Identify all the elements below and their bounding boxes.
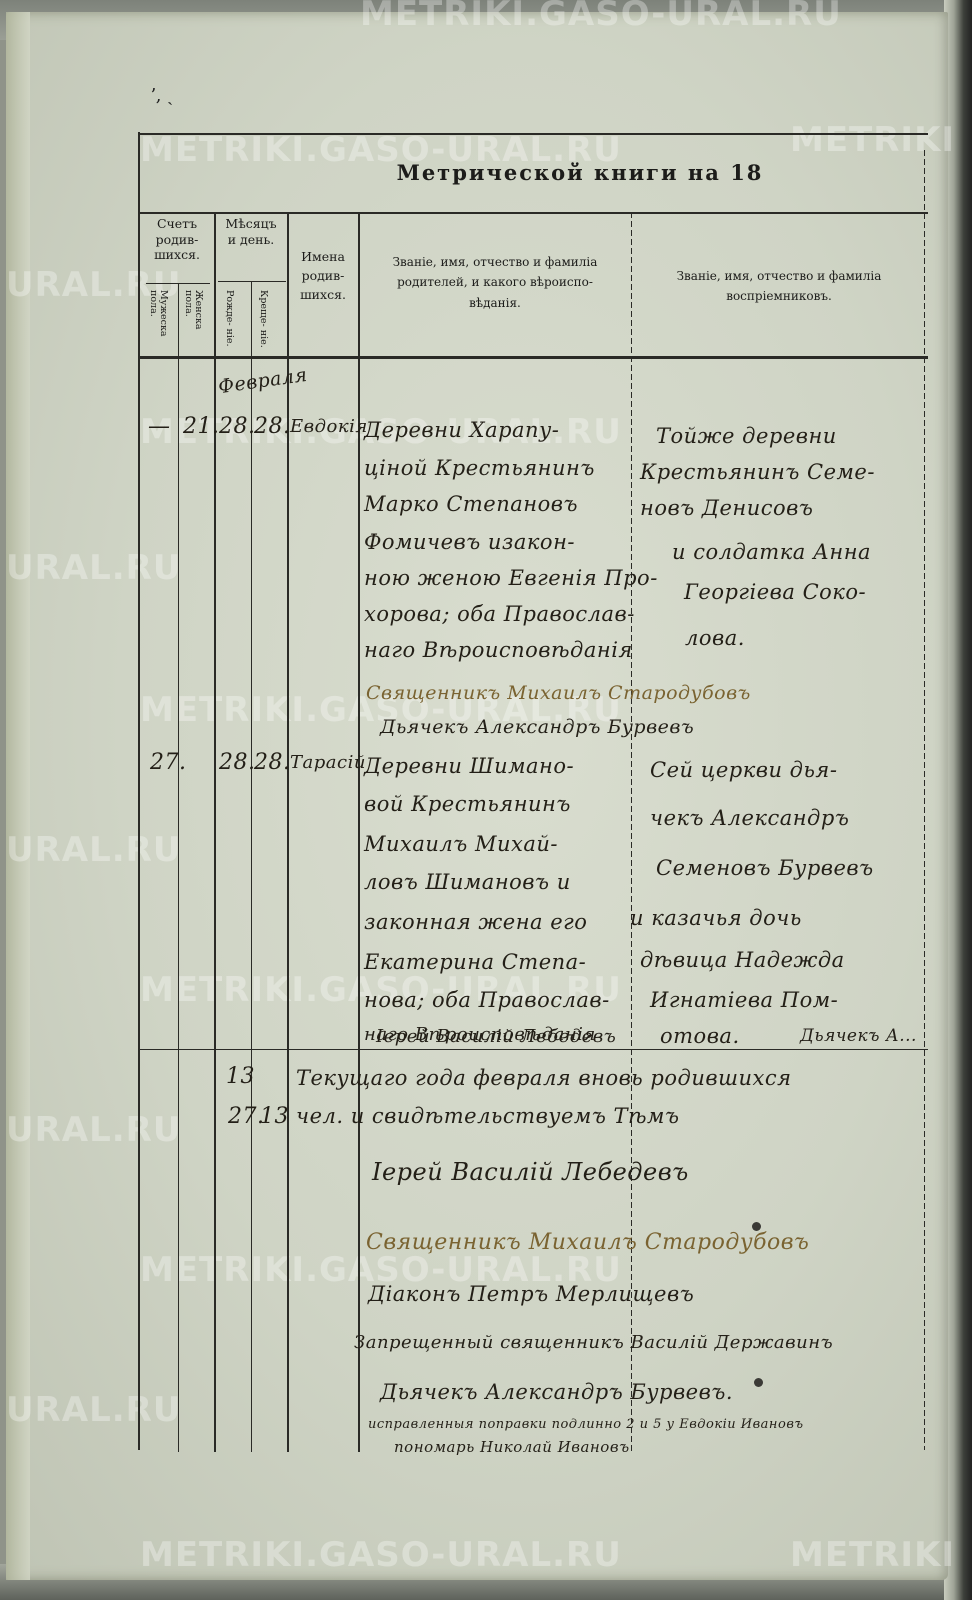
header-line: Имена [290, 248, 356, 267]
text-line: ною женою Евгенія Про- [364, 568, 658, 589]
text-line: дѣвица Надежда [640, 950, 845, 971]
watermark: METRIKI [790, 1535, 955, 1575]
text-line: Фомичевъ изакон- [364, 532, 575, 553]
date-subheader-rule [218, 281, 286, 282]
book-title: Метрической книги на 18 [300, 160, 860, 186]
col-divider-names [358, 212, 360, 1452]
header-birth: Рожде- ніе. [224, 290, 234, 350]
col-divider-birth-baptism [251, 282, 252, 1452]
entry-2-birth-day: 28. [219, 752, 256, 774]
header-line: вѣданія. [360, 293, 630, 313]
summary-rule [138, 1049, 928, 1050]
text-line: ціной Крестьянинъ [364, 458, 595, 479]
text-line: Деревни Харапу- [364, 420, 559, 441]
header-month-day: Мѣсяцъ и день. [216, 216, 286, 247]
closing-signature-sexton: Дьячекъ Александръ Бурвевъ. [380, 1382, 733, 1403]
entry-1-female-no: 21. [183, 416, 220, 438]
header-count: Счетъ родив- шихся. [142, 216, 212, 263]
text-line: законная жена его [364, 912, 587, 933]
text-line: вой Крестьянинъ [364, 794, 571, 815]
header-line: родив- [290, 267, 356, 286]
text-line: Крестьянинъ Семе- [640, 462, 875, 483]
right-border [924, 150, 925, 1450]
top-rule [138, 133, 928, 135]
col-divider-parents [631, 212, 632, 1452]
text-line: нова; оба Православ- [364, 990, 610, 1011]
book-spine [944, 0, 972, 1600]
entry-2-male-no: 27. [150, 752, 187, 774]
entry-2-name: Тарасій [290, 754, 366, 772]
text-line: лова. [685, 628, 745, 649]
text-line: отова. [660, 1026, 740, 1047]
header-bottom-rule [138, 356, 928, 359]
entry-2-baptism-day: 28. [254, 752, 291, 774]
page-edge [6, 12, 30, 1580]
header-godparents: Званіе, имя, отчество и фамиліа воспріем… [633, 266, 925, 307]
col-divider-count [214, 212, 216, 1452]
signature-priest-2: Іерей Василій Лебедевъ [376, 1028, 616, 1046]
watermark: METRIKI.GASO-URAL.RU [360, 0, 842, 34]
signature-sexton: Дьячекъ Александръ Бурвевъ [380, 718, 694, 737]
text-line: и солдатка Анна [672, 542, 871, 563]
summary-count-male: 13 [260, 1106, 289, 1128]
text-line: Георгіева Соко- [684, 582, 866, 603]
header-female: Женска пола. [183, 290, 203, 350]
text-line: Игнатіева Пом- [650, 990, 838, 1011]
header-line: Мѣсяцъ [216, 216, 286, 232]
entry-1-birth-day: 28. [219, 416, 256, 438]
text-line: и казачья дочь [630, 908, 802, 929]
text-line: Тойже деревни [656, 426, 837, 447]
closing-signature-deacon: Діаконъ Петръ Мерлищевъ [368, 1284, 694, 1305]
stray-ink-mark: ʼ, ˎ [150, 85, 173, 106]
text-line: Семеновъ Бурвевъ [656, 858, 874, 879]
summary-count-female: 13 [226, 1066, 255, 1088]
text-line: новъ Денисовъ [640, 498, 813, 519]
text-line: Марко Степановъ [364, 494, 578, 515]
text-line: хорова; оба Православ- [364, 604, 635, 625]
text-line: Михаилъ Михай- [364, 834, 558, 855]
summary-line-1: Текущаго года февраля вновь родившихся [296, 1068, 792, 1089]
footnote-sexton: пономарь Николай Ивановъ [394, 1440, 630, 1455]
header-line: Званіе, имя, отчество и фамиліа [360, 252, 630, 272]
header-line: родителей, и какого вѣроиспо- [360, 272, 630, 292]
header-line: родив- [142, 232, 212, 248]
header-line: воспріемниковъ. [633, 286, 925, 306]
header-male: Мужеска пола. [148, 290, 168, 350]
text-line: Деревни Шимано- [364, 756, 574, 777]
closing-signature-suspended-priest: Запрещенный священникъ Василій Державинъ [354, 1334, 833, 1352]
ink-blot [754, 1378, 763, 1387]
header-line: и день. [216, 232, 286, 248]
text-line: Екатерина Степа- [364, 952, 586, 973]
text-line: ловъ Шимановъ и [364, 872, 571, 893]
header-names: Имена родив- шихся. [290, 248, 356, 304]
signature-priest: Священникъ Михаилъ Стародубовъ [366, 684, 751, 703]
header-parents: Званіе, имя, отчество и фамиліа родителе… [360, 252, 630, 313]
summary-line-2: чел. и свидѣтельствуемъ Тѣмъ [296, 1106, 679, 1127]
header-line: шихся. [290, 286, 356, 305]
closing-signature-priest: Іерей Василій Лебедевъ [372, 1160, 689, 1184]
col-divider-date [287, 212, 289, 1452]
entry-1-baptism-day: 28. [254, 416, 291, 438]
watermark: METRIKI.GASO-URAL.RU [140, 1535, 622, 1575]
header-top-rule [138, 212, 928, 214]
closing-signature-priest-2: Священникъ Михаилъ Стародубовъ [366, 1232, 809, 1254]
ink-blot [752, 1222, 761, 1231]
text-line: чекъ Александръ [650, 808, 849, 829]
entry-1-male-no: — [148, 416, 171, 438]
header-line: шихся. [142, 247, 212, 263]
text-line: Сей церкви дья- [650, 760, 837, 781]
header-baptism: Креще- ніе. [258, 290, 268, 350]
footnote-corrections: исправленныя поправки подлинно 2 и 5 у Е… [368, 1418, 804, 1431]
header-line: Счетъ [142, 216, 212, 232]
text-line: наго Вѣроисповѣданія [364, 640, 633, 661]
col-divider-male-female [178, 284, 179, 1452]
signature-sexton-2: Дьячекъ А... [800, 1028, 917, 1045]
entry-1-name: Евдокія [290, 418, 368, 436]
header-line: Званіе, имя, отчество и фамиліа [633, 266, 925, 286]
